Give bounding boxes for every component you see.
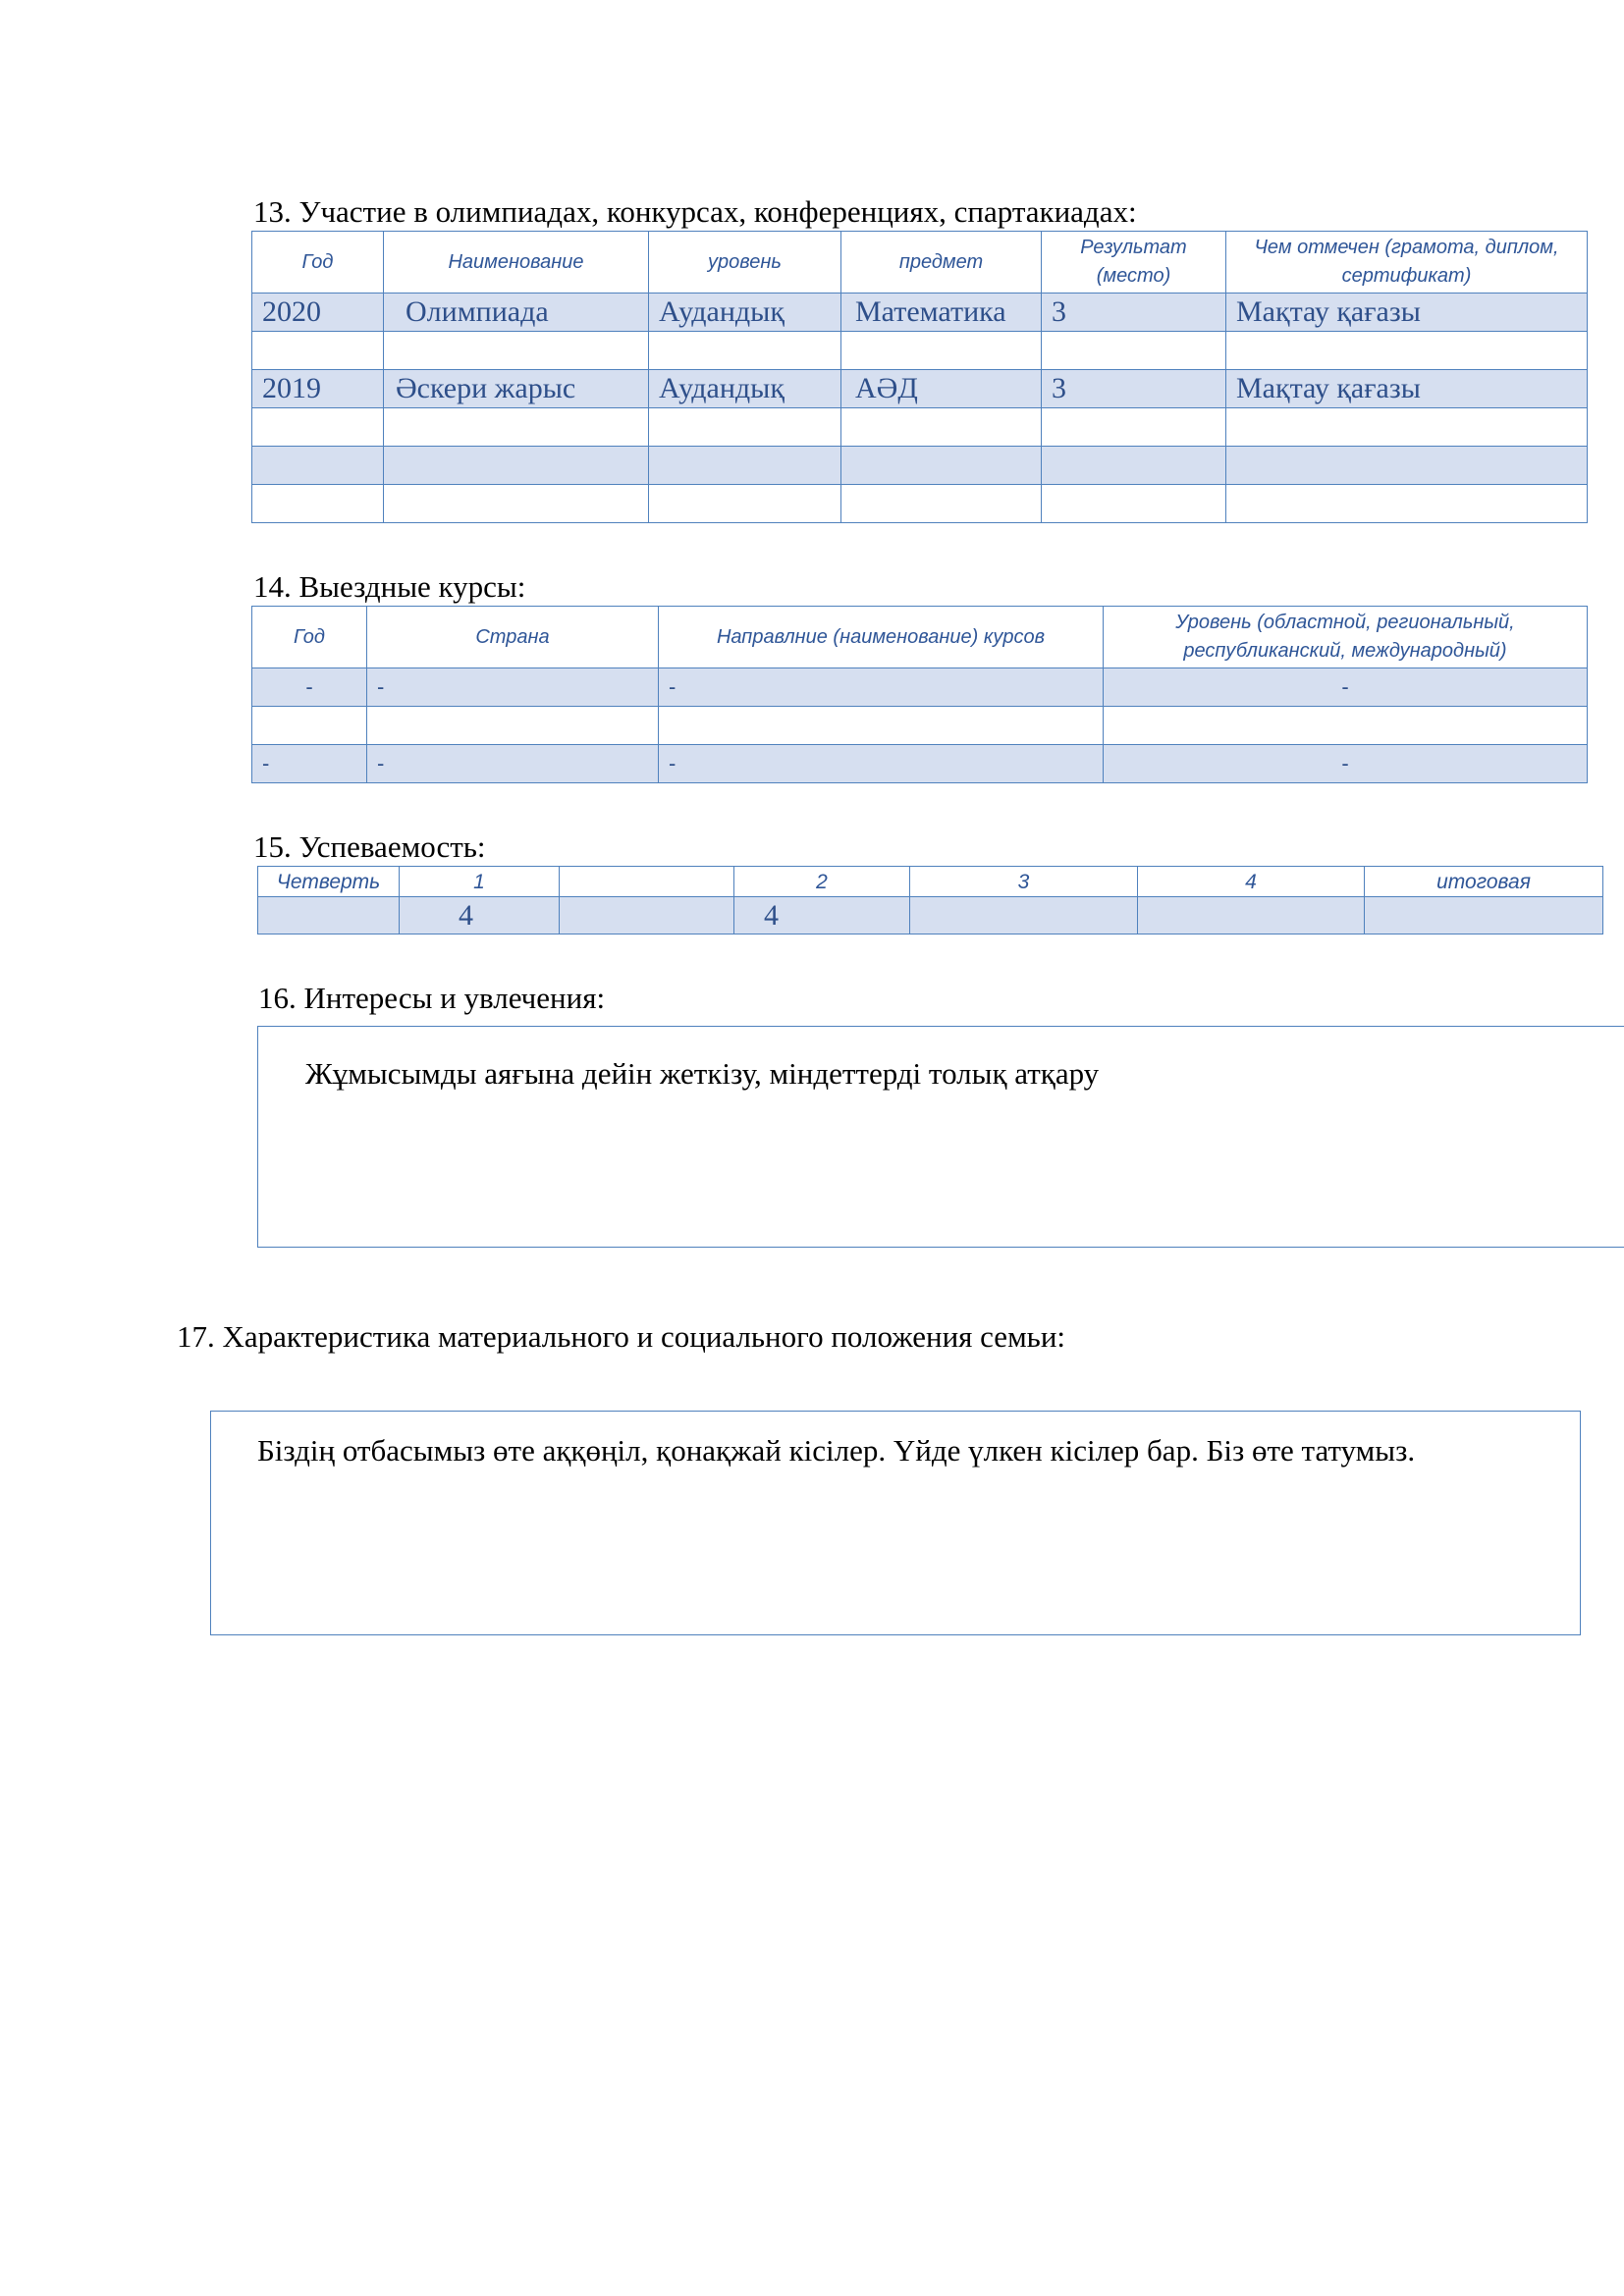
cell-result[interactable]	[1042, 408, 1226, 447]
header-year: Год	[252, 232, 384, 294]
cell-quarter-1[interactable]: 4	[400, 897, 560, 934]
header-blank	[560, 867, 734, 897]
cell-quarter-3[interactable]	[910, 897, 1138, 934]
cell-result[interactable]: 3	[1042, 370, 1226, 408]
cell-award[interactable]	[1226, 332, 1588, 370]
cell-award[interactable]: Мақтау қағазы	[1226, 294, 1588, 332]
family-status-text: Біздің отбасымыз өте аққөңіл, қонақжай к…	[257, 1433, 1415, 1468]
cell-level[interactable]: Аудандық	[649, 370, 841, 408]
cell-course-direction[interactable]: -	[659, 745, 1104, 783]
cell-course-level[interactable]: -	[1104, 668, 1588, 707]
table-row	[252, 447, 1588, 485]
table-row: - - - -	[252, 745, 1588, 783]
cell-year[interactable]	[252, 447, 384, 485]
cell-quarter-label[interactable]	[258, 897, 400, 934]
cell-year[interactable]	[252, 707, 367, 745]
cell-subject[interactable]: Математика	[841, 294, 1042, 332]
cell-award[interactable]	[1226, 485, 1588, 523]
external-courses-table: Год Страна Направлние (наименование) кур…	[251, 606, 1588, 783]
section-16-title: 16. Интересы и увлечения:	[258, 983, 605, 1013]
cell-name[interactable]	[384, 408, 649, 447]
header-result: Результат (место)	[1042, 232, 1226, 294]
cell-year[interactable]: 2019	[252, 370, 384, 408]
cell-subject[interactable]	[841, 485, 1042, 523]
section-15-title: 15. Успеваемость:	[253, 831, 486, 862]
cell-course-level[interactable]: -	[1104, 745, 1588, 783]
table-header-row: Четверть 1 2 3 4 итоговая	[258, 867, 1603, 897]
table-header-row: Год Наименование уровень предмет Результ…	[252, 232, 1588, 294]
cell-name[interactable]: Әскери жарыс	[384, 370, 649, 408]
cell-subject[interactable]	[841, 332, 1042, 370]
header-country: Страна	[367, 607, 659, 668]
cell-level[interactable]: Аудандық	[649, 294, 841, 332]
table-header-row: Год Страна Направлние (наименование) кур…	[252, 607, 1588, 668]
header-year: Год	[252, 607, 367, 668]
header-level: уровень	[649, 232, 841, 294]
cell-award[interactable]	[1226, 447, 1588, 485]
cell-year[interactable]	[252, 332, 384, 370]
header-quarter-2: 2	[734, 867, 910, 897]
header-award: Чем отмечен (грамота, диплом, сертификат…	[1226, 232, 1588, 294]
cell-year[interactable]: -	[252, 668, 367, 707]
cell-level[interactable]	[649, 485, 841, 523]
header-quarter-4: 4	[1138, 867, 1365, 897]
interests-textbox[interactable]: Жұмысымды аяғына дейін жеткізу, міндетте…	[257, 1026, 1624, 1248]
header-final: итоговая	[1365, 867, 1603, 897]
cell-course-direction[interactable]: -	[659, 668, 1104, 707]
interests-text: Жұмысымды аяғына дейін жеткізу, міндетте…	[305, 1056, 1099, 1092]
cell-year[interactable]	[252, 408, 384, 447]
olympiad-participation-table: Год Наименование уровень предмет Результ…	[251, 231, 1588, 523]
cell-result[interactable]	[1042, 485, 1226, 523]
header-quarter: Четверть	[258, 867, 400, 897]
header-quarter-3: 3	[910, 867, 1138, 897]
header-quarter-1: 1	[400, 867, 560, 897]
cell-award[interactable]	[1226, 408, 1588, 447]
section-13-title: 13. Участие в олимпиадах, конкурсах, кон…	[253, 196, 1137, 227]
cell-quarter-4[interactable]	[1138, 897, 1365, 934]
header-name: Наименование	[384, 232, 649, 294]
cell-course-level[interactable]	[1104, 707, 1588, 745]
cell-result[interactable]: 3	[1042, 294, 1226, 332]
table-row	[252, 707, 1588, 745]
cell-quarter-2[interactable]: 4	[734, 897, 910, 934]
academic-performance-table: Четверть 1 2 3 4 итоговая 4 4	[257, 866, 1603, 934]
cell-level[interactable]	[649, 332, 841, 370]
cell-result[interactable]	[1042, 332, 1226, 370]
cell-subject[interactable]	[841, 408, 1042, 447]
header-course-level: Уровень (областной, региональный, респуб…	[1104, 607, 1588, 668]
cell-country[interactable]	[367, 707, 659, 745]
cell-country[interactable]: -	[367, 745, 659, 783]
table-row	[252, 408, 1588, 447]
table-row	[252, 332, 1588, 370]
cell-final[interactable]	[1365, 897, 1603, 934]
cell-award[interactable]: Мақтау қағазы	[1226, 370, 1588, 408]
family-status-textbox[interactable]: Біздің отбасымыз өте аққөңіл, қонақжай к…	[210, 1411, 1581, 1635]
cell-course-direction[interactable]	[659, 707, 1104, 745]
cell-result[interactable]	[1042, 447, 1226, 485]
cell-blank[interactable]	[560, 897, 734, 934]
table-row: 2020 Олимпиада Аудандық Математика 3 Мақ…	[252, 294, 1588, 332]
cell-level[interactable]	[649, 447, 841, 485]
table-row	[252, 485, 1588, 523]
cell-year[interactable]	[252, 485, 384, 523]
header-course-direction: Направлние (наименование) курсов	[659, 607, 1104, 668]
cell-country[interactable]: -	[367, 668, 659, 707]
cell-name[interactable]	[384, 447, 649, 485]
header-subject: предмет	[841, 232, 1042, 294]
section-14-title: 14. Выездные курсы:	[253, 571, 525, 602]
cell-name[interactable]	[384, 485, 649, 523]
cell-name[interactable]	[384, 332, 649, 370]
cell-subject[interactable]: АӘД	[841, 370, 1042, 408]
cell-subject[interactable]	[841, 447, 1042, 485]
cell-year[interactable]: -	[252, 745, 367, 783]
cell-year[interactable]: 2020	[252, 294, 384, 332]
table-row: - - - -	[252, 668, 1588, 707]
cell-level[interactable]	[649, 408, 841, 447]
table-row: 4 4	[258, 897, 1603, 934]
cell-name[interactable]: Олимпиада	[384, 294, 649, 332]
section-17-title: 17. Характеристика материального и социа…	[177, 1321, 1065, 1352]
table-row: 2019 Әскери жарыс Аудандық АӘД 3 Мақтау …	[252, 370, 1588, 408]
